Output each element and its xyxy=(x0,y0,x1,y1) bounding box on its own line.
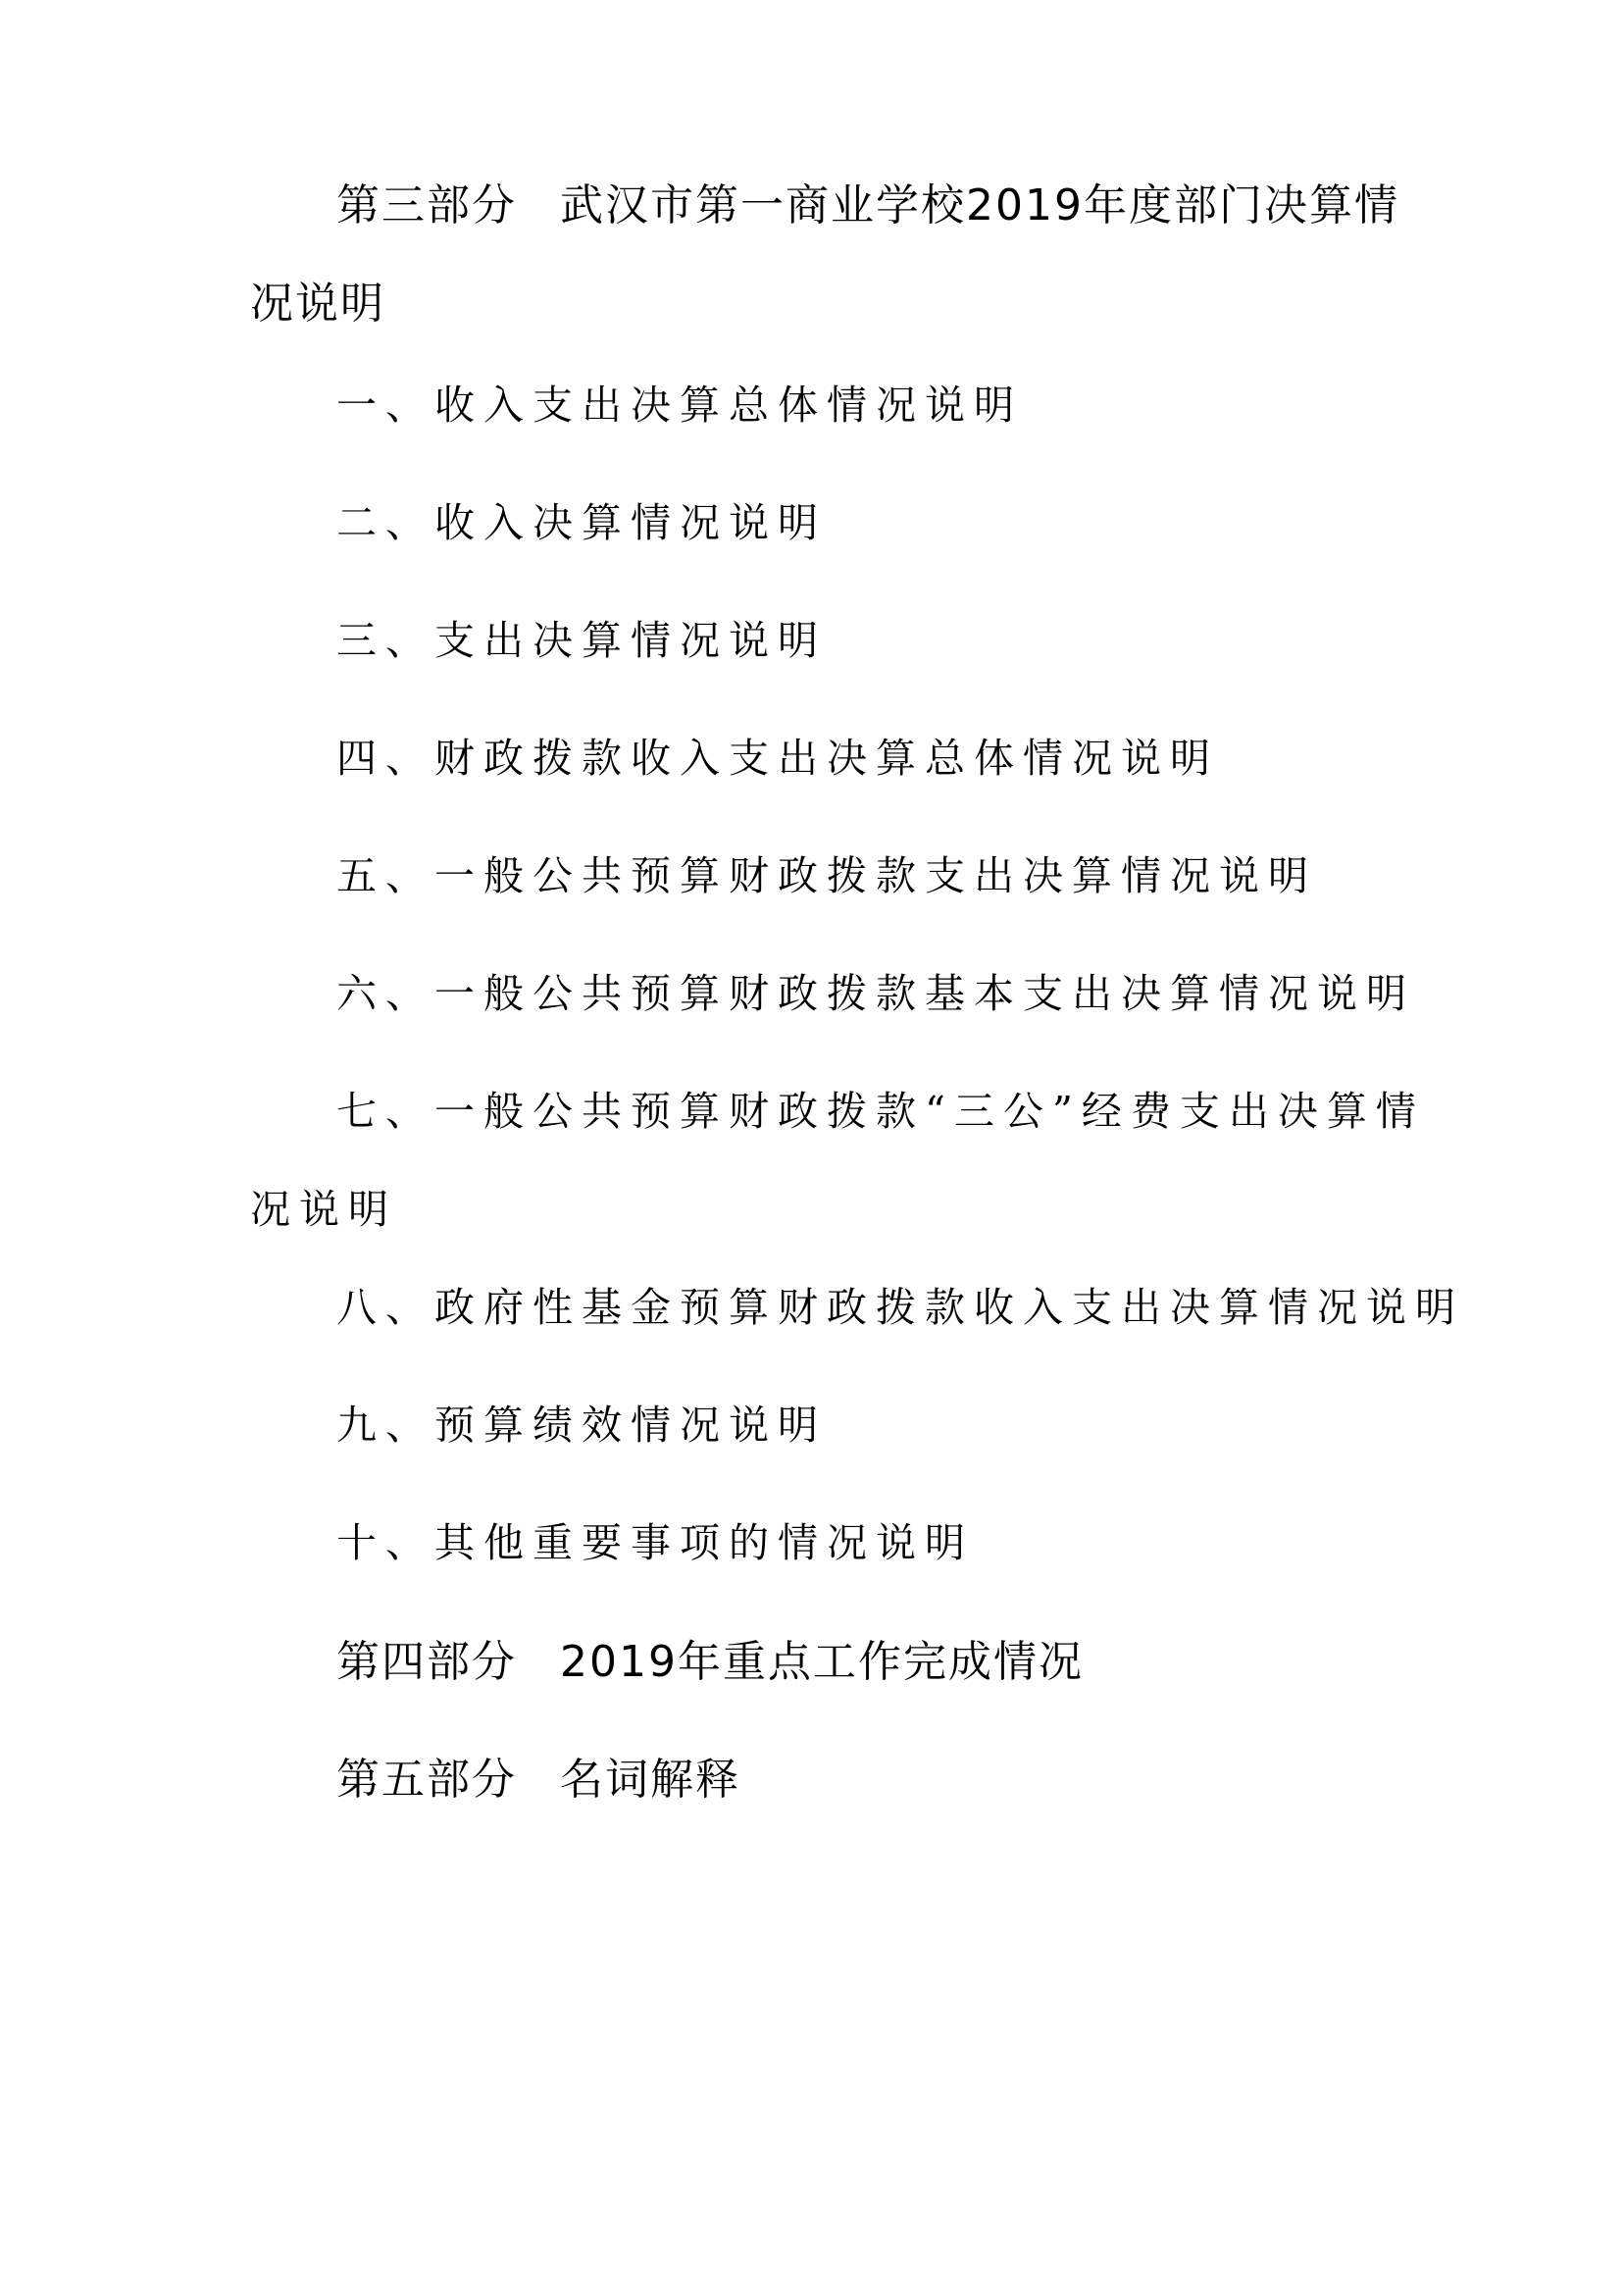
toc-item-4: 四、财政拨款收入支出决算总体情况说明 xyxy=(250,709,1378,807)
part5-heading: 第五部分名词解释 xyxy=(250,1731,1378,1829)
part4-title: 2019年重点工作完成情况 xyxy=(560,1637,1084,1687)
toc-item-6: 六、一般公共预算财政拨款基本支出决算情况说明 xyxy=(250,944,1378,1043)
toc-item-1: 一、收入支出决算总体情况说明 xyxy=(250,356,1378,454)
part3-title: 武汉市第一商业学校2019年度部门决算情 xyxy=(560,180,1399,230)
toc-item-8: 八、政府性基金预算财政拨款收入支出决算情况说明 xyxy=(250,1258,1378,1356)
toc-item-9: 九、预算绩效情况说明 xyxy=(250,1376,1378,1474)
part3-label: 第三部分 xyxy=(336,180,517,230)
part3-heading: 第三部分武汉市第一商业学校2019年度部门决算情 况说明 xyxy=(250,157,1378,353)
toc-item-2: 二、收入决算情况说明 xyxy=(250,474,1378,572)
toc-item-7: 七、一般公共预算财政拨款“三公”经费支出决算情 况说明 xyxy=(250,1062,1378,1258)
toc-item-10: 十、其他重要事项的情况说明 xyxy=(250,1494,1378,1592)
part5-title: 名词解释 xyxy=(560,1755,740,1805)
document-page: 第三部分武汉市第一商业学校2019年度部门决算情 况说明 一、收入支出决算总体情… xyxy=(0,0,1623,2296)
toc-item-3: 三、支出决算情况说明 xyxy=(250,591,1378,689)
part3-title-continued: 况说明 xyxy=(250,255,1378,353)
part5-label: 第五部分 xyxy=(336,1755,517,1805)
toc-item-5: 五、一般公共预算财政拨款支出决算情况说明 xyxy=(250,827,1378,925)
part4-heading: 第四部分2019年重点工作完成情况 xyxy=(250,1613,1378,1711)
part4-label: 第四部分 xyxy=(336,1637,517,1687)
